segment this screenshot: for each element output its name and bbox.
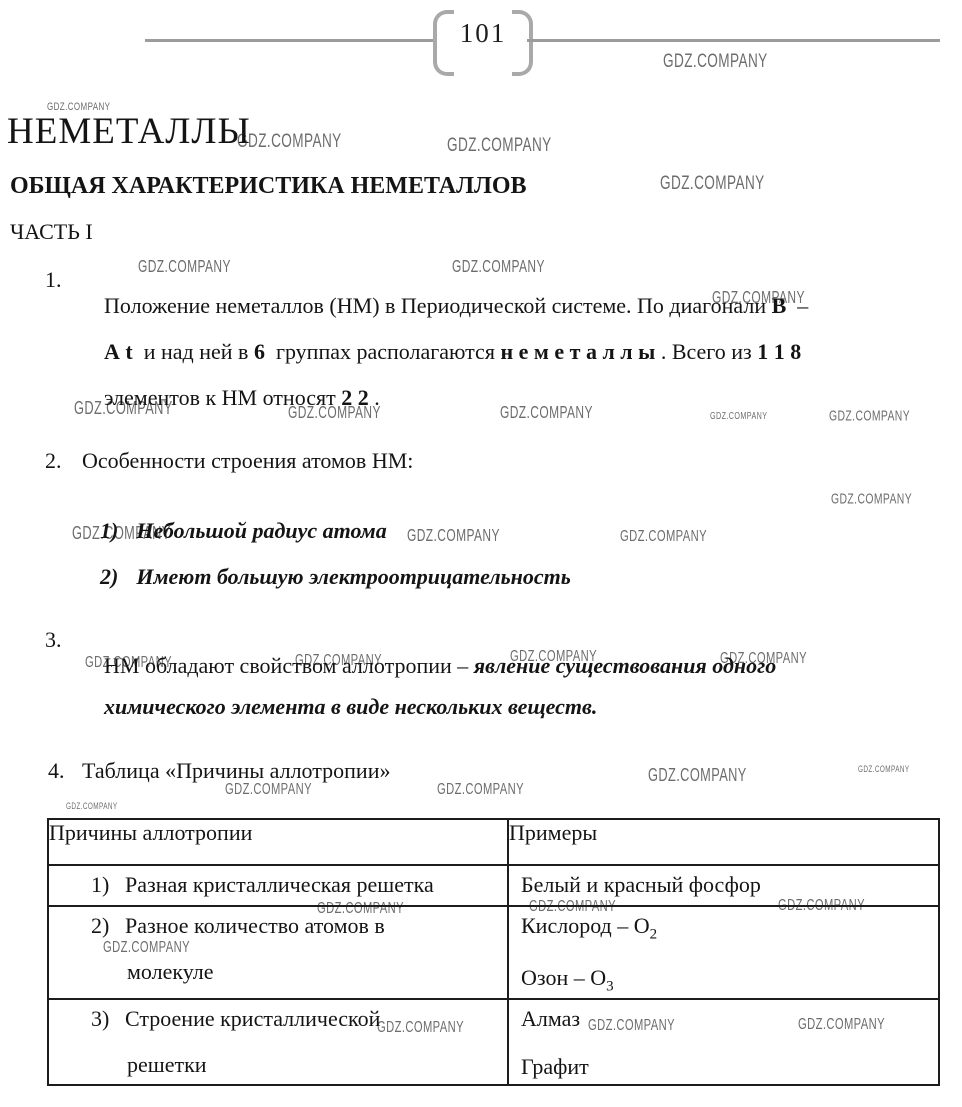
formula-subscript: 3 (606, 979, 614, 995)
page-title: НЕМЕТАЛЛЫ (7, 110, 251, 153)
watermark: GDZ.COMPANY (237, 130, 342, 153)
cause-text: Строение кристаллической (125, 1006, 380, 1031)
item-3-number: 3. (45, 627, 62, 653)
cause-cell: 3)Строение кристаллической решетки (48, 999, 508, 1085)
table-row: 2)Разное количество атомов в молекуле Ки… (48, 906, 939, 999)
header-rule-left (145, 39, 433, 42)
item-1-line-3: элементов к НМ относят 2 2 . (82, 359, 380, 437)
example-text: Графит (521, 1054, 589, 1079)
table-row: 1)Разная кристаллическая решетка Белый и… (48, 865, 939, 906)
sub-item-answer: Имеют большую электроотрицательность (136, 564, 570, 589)
row-number: 1) (91, 872, 125, 898)
item-3-line-2: химического элемента в виде нескольких в… (82, 668, 597, 746)
item-1-answer-118: 1 1 8 (757, 339, 801, 364)
item-4-text: Таблица «Причины аллотропии» (82, 758, 390, 784)
item-3-answer-continued: химического элемента в виде нескольких в… (104, 694, 597, 719)
row-number: 2) (91, 913, 125, 939)
part-label: ЧАСТЬ I (10, 219, 93, 245)
example-text: Кислород – О (521, 913, 650, 938)
item-1-number: 1. (45, 267, 62, 293)
watermark: GDZ.COMPANY (66, 801, 118, 811)
item-1-answer-22: 2 2 (341, 385, 369, 410)
watermark: GDZ.COMPANY (648, 766, 747, 787)
watermark: GDZ.COMPANY (831, 490, 912, 507)
watermark: GDZ.COMPANY (447, 134, 552, 157)
row-number: 3) (91, 1006, 125, 1032)
watermark: GDZ.COMPANY (858, 764, 910, 774)
watermark: GDZ.COMPANY (620, 526, 707, 544)
item-1-answer-nonmetals: н е м е т а л л ы (500, 339, 655, 364)
table-header-causes: Причины аллотропии (48, 819, 508, 865)
example-cell: Белый и красный фосфор (508, 865, 939, 906)
watermark: GDZ.COMPANY (710, 410, 767, 421)
header-rule-right (527, 39, 940, 42)
watermark: GDZ.COMPANY (663, 50, 768, 73)
example-cell: Кислород – О2 Озон – О3 (508, 906, 939, 999)
watermark: GDZ.COMPANY (500, 403, 593, 422)
watermark: GDZ.COMPANY (829, 407, 910, 424)
page-number-bracket-left (433, 10, 454, 76)
table-header-row: Причины аллотропии Примеры (48, 819, 939, 865)
sub-item-number: 2) (100, 564, 118, 589)
watermark: GDZ.COMPANY (660, 172, 765, 195)
item-2-sub-2: 2)Имеют большую электроотрицательность (78, 538, 571, 616)
page-number-bracket-right (512, 10, 533, 76)
cause-cell: 1)Разная кристаллическая решетка (48, 865, 508, 906)
item-4-number: 4. (48, 758, 65, 784)
formula-subscript: 2 (650, 926, 658, 942)
table-header-examples: Примеры (508, 819, 939, 865)
cause-text: Разная кристаллическая решетка (125, 872, 434, 897)
example-text: Белый и красный фосфор (521, 872, 761, 897)
cause-text-continued: молекуле (49, 939, 507, 985)
example-text: Озон – О (521, 965, 606, 990)
example-text: Алмаз (521, 1006, 580, 1031)
cause-cell: 2)Разное количество атомов в молекуле (48, 906, 508, 999)
cause-text-continued: решетки (49, 1032, 507, 1078)
cause-text: Разное количество атомов в (125, 913, 385, 938)
allotropy-table: Причины аллотропии Примеры 1)Разная крис… (47, 818, 940, 1086)
table-row: 3)Строение кристаллической решетки Алмаз… (48, 999, 939, 1085)
item-2-text: Особенности строения атомов НМ: (82, 448, 413, 474)
example-cell: Алмаз Графит (508, 999, 939, 1085)
page-number: 101 (454, 18, 512, 49)
watermark: GDZ.COMPANY (437, 779, 524, 797)
document-page: 101 GDZ.COMPANYGDZ.COMPANYGDZ.COMPANYGDZ… (0, 0, 962, 1107)
section-heading: ОБЩАЯ ХАРАКТЕРИСТИКА НЕМЕТАЛЛОВ (10, 173, 527, 200)
item-2-number: 2. (45, 448, 62, 474)
